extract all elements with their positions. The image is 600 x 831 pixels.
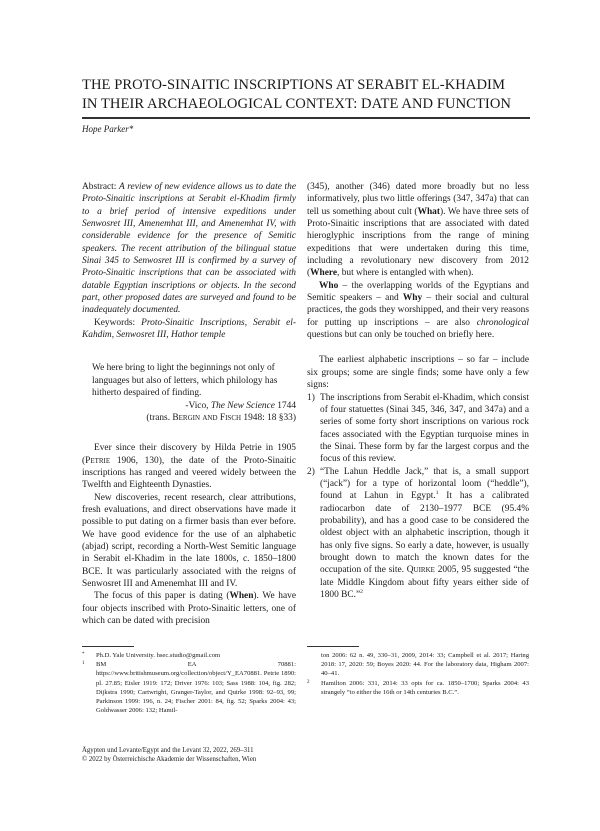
emphasis-what: What <box>418 207 440 217</box>
citation: Quirke <box>407 565 435 575</box>
footnote: 1 BM EA 70881: https://www.britishmuseum… <box>82 660 296 715</box>
body-paragraph: New discoveries, recent research, clear … <box>82 492 296 591</box>
keywords: Keywords: Proto-Sinaitic Inscriptions, S… <box>82 317 296 342</box>
emphasis-when: When <box>229 591 253 601</box>
epigraph-attribution: -Vico, The New Science 1744 <box>92 400 296 412</box>
footnotes-left: * Ph.D. Yale University. hsec.studio@gma… <box>82 651 296 715</box>
left-column: Abstract: A review of new evidence allow… <box>82 181 296 627</box>
footnote-text: Hamilton 2006: 331, 2014: 33 opts for ca… <box>321 680 529 696</box>
footnote-ref[interactable]: 2 <box>360 589 363 595</box>
translation-prefix: (trans. <box>146 413 172 423</box>
text-run: 1906, 130), the date of the Proto-Sinait… <box>82 456 296 491</box>
footnote: * Ph.D. Yale University. hsec.studio@gma… <box>82 651 296 660</box>
copyright-notice: © 2022 by Österreichische Akademie der W… <box>82 755 256 764</box>
title-rule <box>82 117 530 119</box>
text-run: , but where is entangled with when). <box>337 268 473 278</box>
title-line-2: IN THEIR ARCHAEOLOGICAL CONTEXT: DATE AN… <box>82 95 532 114</box>
spacer <box>82 424 296 442</box>
list-text: The inscriptions from Serabit el-Khadim,… <box>320 393 529 465</box>
author-name: Hope Parker* <box>82 124 133 134</box>
footnote-mark: 1 <box>82 659 85 668</box>
spacer <box>307 341 529 354</box>
paper-title: THE PROTO-SINAITIC INSCRIPTIONS AT SERAB… <box>82 76 532 114</box>
footnote-text: BM EA 70881: https://www.britishmuseum.o… <box>96 661 296 714</box>
footnote: 2 Hamilton 2006: 331, 2014: 33 opts for … <box>307 679 529 697</box>
body-paragraph: The focus of this paper is dating (When)… <box>82 590 296 627</box>
footnotes-right: ton 2006: 62 n. 49, 330–31, 2009, 2014: … <box>307 651 529 697</box>
emphasis-why: Why <box>403 293 422 303</box>
keywords-label: Keywords: <box>94 318 135 328</box>
footnote-rule <box>82 646 134 647</box>
epigraph-author: -Vico, <box>185 401 210 411</box>
journal-info: Ägypten und Levante/Egypt and the Levant… <box>82 746 256 764</box>
citation: Petrie <box>85 456 110 466</box>
list-item: 2) “The Lahun Heddle Jack,” that is, a s… <box>307 466 529 602</box>
translation-suffix: 1948: 18 §33) <box>241 413 296 423</box>
footnote-text: ton 2006: 62 n. 49, 330–31, 2009, 2014: … <box>321 652 529 677</box>
epigraph-translation: (trans. Bergin and Fisch 1948: 18 §33) <box>92 412 296 424</box>
body-paragraph: Ever since their discovery by Hilda Petr… <box>82 442 296 491</box>
epigraph-year: 1744 <box>275 401 296 411</box>
list-number: 1) <box>307 392 315 404</box>
emphasis-chronological: chronological <box>477 318 529 328</box>
numbered-list: 1) The inscriptions from Serabit el-Khad… <box>307 392 529 602</box>
body-paragraph: Who – the overlapping worlds of the Egyp… <box>307 280 529 342</box>
list-item: 1) The inscriptions from Serabit el-Khad… <box>307 392 529 466</box>
footnote-mark: * <box>82 650 85 659</box>
body-paragraph: The earliest alphabetic inscriptions – s… <box>307 354 529 391</box>
abstract-text: A review of new evidence allows us to da… <box>82 182 296 315</box>
footnote-mark: 2 <box>307 678 310 687</box>
right-column: (345), another (346) dated more broadly … <box>307 181 529 601</box>
emphasis-where: Where <box>310 268 337 278</box>
epigraph-work-title: The New Science <box>211 401 275 411</box>
text-run: questions but can only be touched on bri… <box>307 330 494 340</box>
epigraph-quote: We here bring to light the beginnings no… <box>92 362 296 399</box>
paper-page: THE PROTO-SINAITIC INSCRIPTIONS AT SERAB… <box>0 0 600 831</box>
footnote-text: Ph.D. Yale University. hsec.studio@gmail… <box>96 652 220 659</box>
footnote-continued: ton 2006: 62 n. 49, 330–31, 2009, 2014: … <box>307 651 529 679</box>
translation-authors: Bergin and Fisch <box>172 413 241 423</box>
journal-citation: Ägypten und Levante/Egypt and the Levant… <box>82 746 256 755</box>
abstract-label: Abstract: <box>82 182 116 192</box>
title-line-1: THE PROTO-SINAITIC INSCRIPTIONS AT SERAB… <box>82 76 532 95</box>
text-run: The focus of this paper is dating ( <box>94 591 229 601</box>
body-paragraph: (345), another (346) dated more broadly … <box>307 181 529 280</box>
footnote-rule <box>307 646 359 647</box>
text-run: It has a calibrated radiocarbon date of … <box>320 491 529 575</box>
epigraph: We here bring to light the beginnings no… <box>92 362 296 424</box>
emphasis-who: Who <box>319 281 338 291</box>
abstract: Abstract: A review of new evidence allow… <box>82 181 296 317</box>
list-number: 2) <box>307 466 315 478</box>
